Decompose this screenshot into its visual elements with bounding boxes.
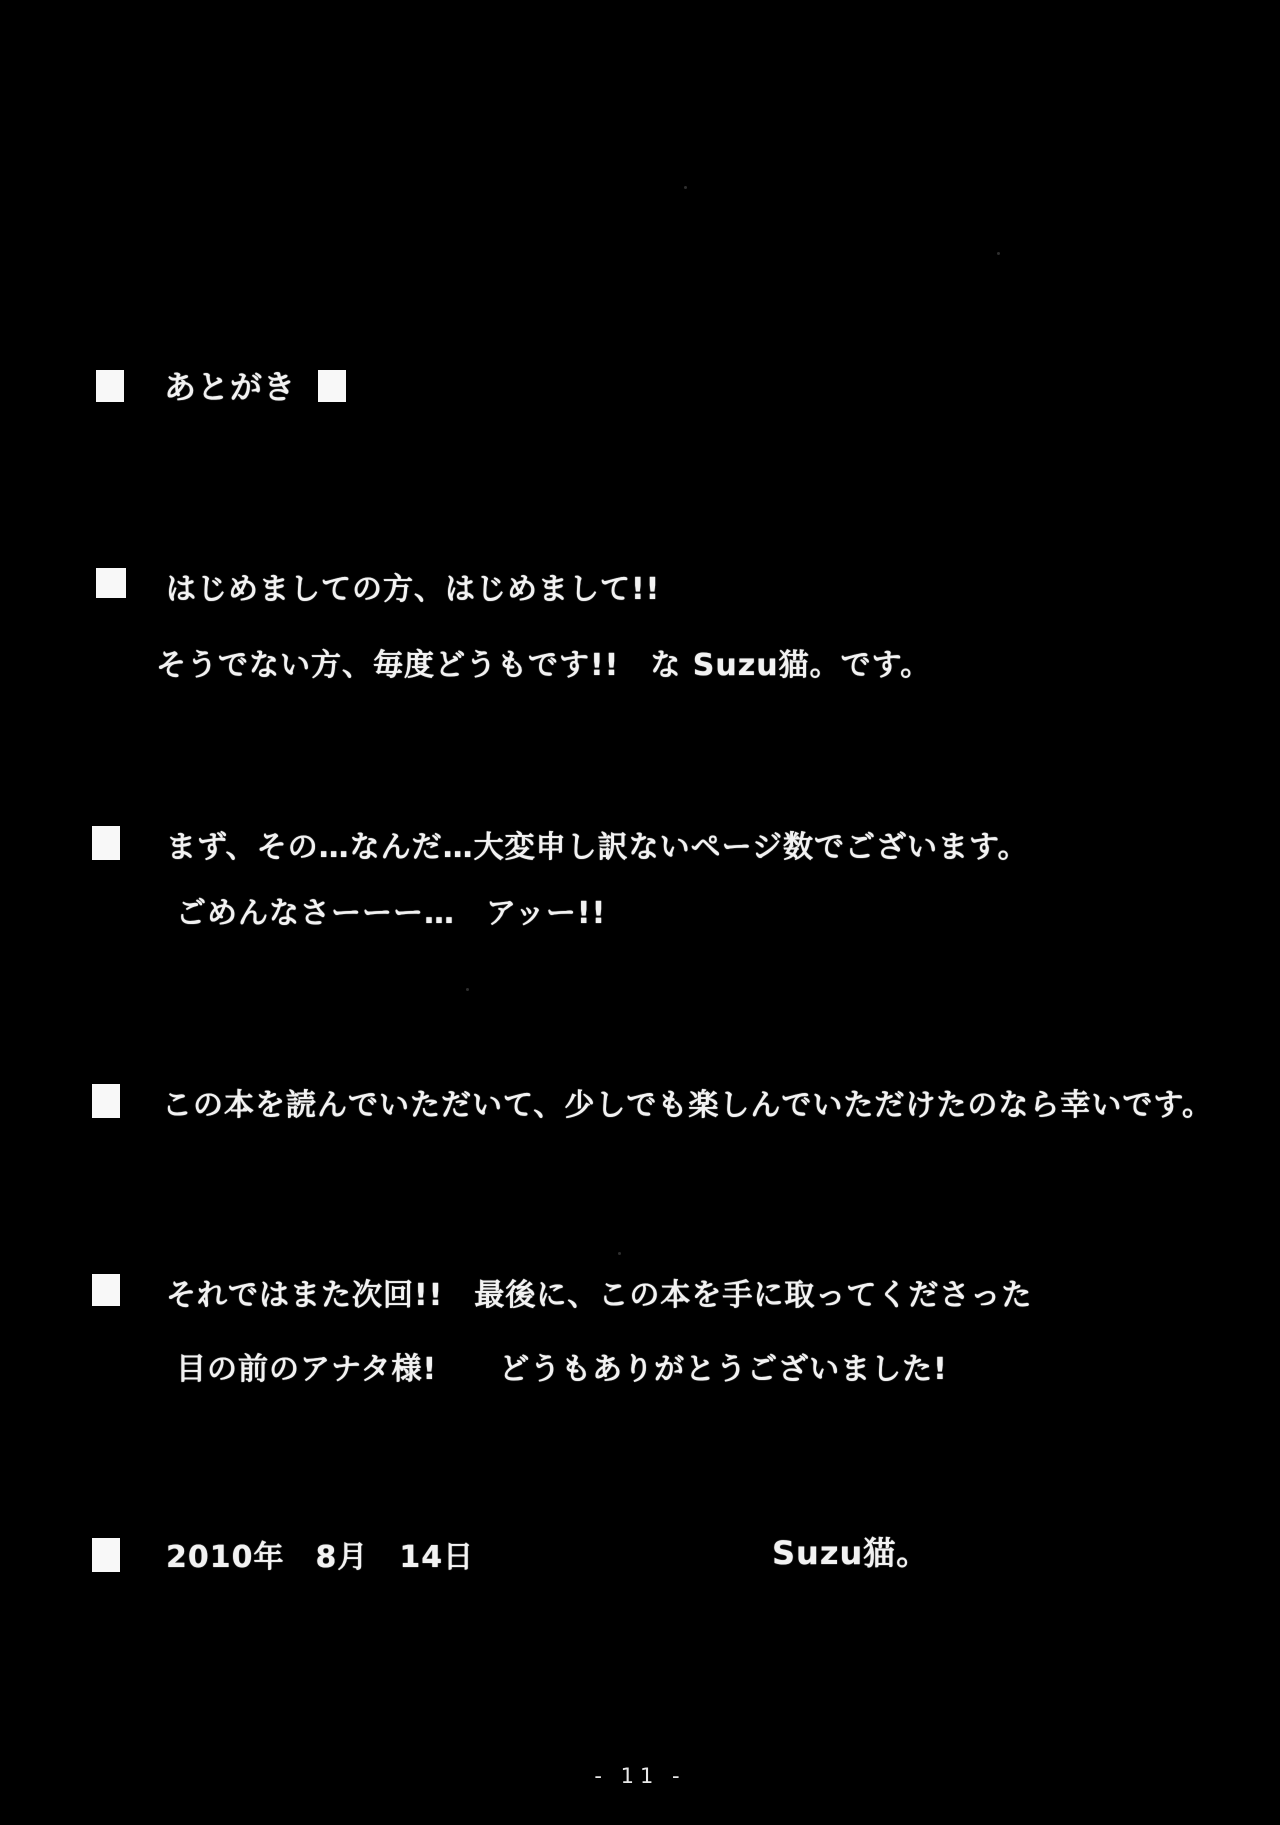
bullet-square-icon xyxy=(92,1274,120,1306)
scan-speck xyxy=(618,1252,621,1255)
bullet-square-icon xyxy=(92,1538,120,1572)
paragraph-line: それではまた次回!! 最後に、この本を手に取ってくださった xyxy=(166,1270,1032,1314)
paragraph-line: そうでない方、毎度どうもです!! な Suzu猫。です。 xyxy=(156,640,931,684)
paragraph-line: まず、その…なんだ…大変申し訳ないページ数でございます。 xyxy=(166,822,1029,866)
page-title: あとがき xyxy=(164,362,296,408)
afterword-page: あとがき はじめましての方、はじめまして!! そうでない方、毎度どうもです!! … xyxy=(0,0,1280,1825)
bullet-square-icon xyxy=(92,1084,120,1118)
bullet-square-icon xyxy=(96,568,126,598)
scan-speck xyxy=(997,252,1000,255)
paragraph-line: はじめましての方、はじめまして!! xyxy=(166,564,660,608)
author-signature: Suzu猫。 xyxy=(772,1528,929,1574)
date-text: 2010年 8月 14日 xyxy=(166,1532,474,1576)
paragraph-line: 目の前のアナタ様! どうもありがとうございました! xyxy=(176,1344,948,1388)
paragraph-line: ごめんなさーーー… アッー!! xyxy=(176,888,606,932)
page-number: - 11 - xyxy=(0,1764,1280,1788)
title-left-square-icon xyxy=(96,370,124,402)
bullet-square-icon xyxy=(92,826,120,860)
title-right-square-icon xyxy=(318,370,346,402)
scan-speck xyxy=(466,988,469,991)
scan-speck xyxy=(684,186,687,189)
paragraph-line: この本を読んでいただいて、少しでも楽しんでいただけたのなら幸いです。 xyxy=(162,1080,1213,1124)
